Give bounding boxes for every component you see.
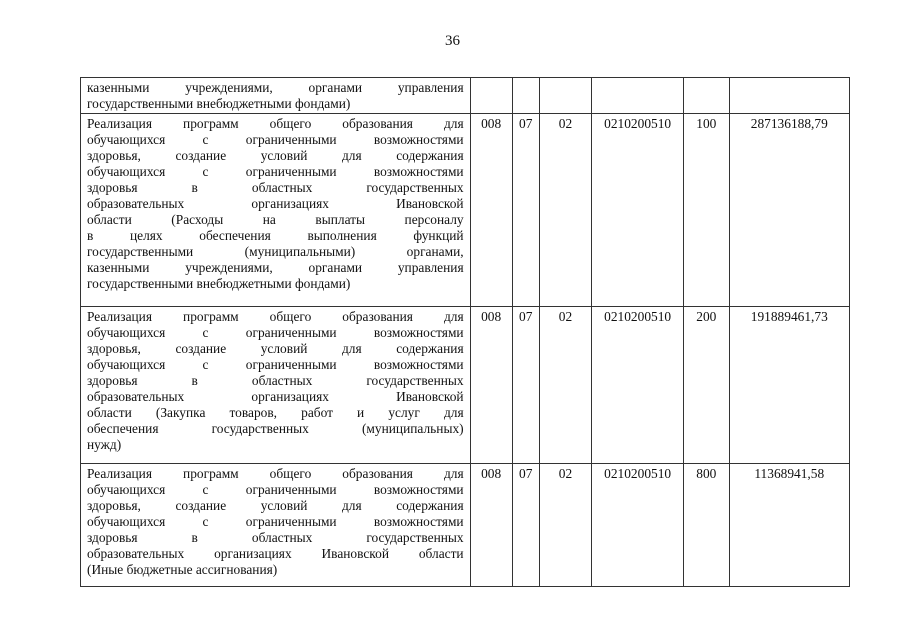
expense-type-code: 100 — [684, 114, 729, 307]
target-article-code: 0210200510 — [592, 307, 684, 464]
description-line: обучающихся с ограниченными возможностям… — [87, 482, 464, 498]
expense-type-code: 800 — [684, 464, 729, 587]
description-line: здоровья в областных государственных — [87, 180, 464, 196]
target-article-code: 0210200510 — [592, 464, 684, 587]
description-line: обучающихся с ограниченными возможностям… — [87, 514, 464, 530]
description-line: области (Расходы на выплаты персоналу — [87, 212, 464, 228]
description-line: обучающихся с ограниченными возможностям… — [87, 164, 464, 180]
description-line: Реализация программ общего образования д… — [87, 116, 464, 132]
description-line: обучающихся с ограниченными возможностям… — [87, 325, 464, 341]
ministry-code: 008 — [470, 114, 512, 307]
table-row: Реализация программ общего образования д… — [81, 307, 850, 464]
amount: 287136188,79 — [729, 114, 849, 307]
description-line: образовательных организациях Ивановской … — [87, 546, 464, 562]
description-line: обеспечения государственных (муниципальн… — [87, 421, 464, 437]
description-line: в целях обеспечения выполнения функций — [87, 228, 464, 244]
table-row: казенными учреждениями, органами управле… — [81, 78, 850, 114]
row-description: казенными учреждениями, органами управле… — [81, 78, 471, 114]
budget-table-body: казенными учреждениями, органами управле… — [81, 78, 850, 587]
description-line: казенными учреждениями, органами управле… — [87, 260, 464, 276]
description-line: здоровья, создание условий для содержани… — [87, 498, 464, 514]
section-code — [512, 78, 539, 114]
subsection-code — [539, 78, 591, 114]
amount — [729, 78, 849, 114]
expense-type-code: 200 — [684, 307, 729, 464]
description-line: образовательных организациях Ивановской — [87, 196, 464, 212]
row-description: Реализация программ общего образования д… — [81, 114, 471, 307]
expense-type-code — [684, 78, 729, 114]
description-line: здоровья в областных государственных — [87, 530, 464, 546]
section-code: 07 — [512, 307, 539, 464]
description-line: нужд) — [87, 437, 464, 453]
section-code: 07 — [512, 464, 539, 587]
target-article-code: 0210200510 — [592, 114, 684, 307]
row-description: Реализация программ общего образования д… — [81, 464, 471, 587]
amount: 191889461,73 — [729, 307, 849, 464]
page-number: 36 — [0, 33, 905, 50]
description-line: здоровья, создание условий для содержани… — [87, 148, 464, 164]
row-description: Реализация программ общего образования д… — [81, 307, 471, 464]
description-line: области (Закупка товаров, работ и услуг … — [87, 405, 464, 421]
ministry-code: 008 — [470, 307, 512, 464]
amount: 11368941,58 — [729, 464, 849, 587]
description-line: государственными (муниципальными) органа… — [87, 244, 464, 260]
description-line: государственными внебюджетными фондами) — [87, 96, 464, 112]
description-line: (Иные бюджетные ассигнования) — [87, 562, 464, 578]
description-line: обучающихся с ограниченными возможностям… — [87, 357, 464, 373]
description-line: Реализация программ общего образования д… — [87, 309, 464, 325]
description-line: обучающихся с ограниченными возможностям… — [87, 132, 464, 148]
description-line: образовательных организациях Ивановской — [87, 389, 464, 405]
description-line: Реализация программ общего образования д… — [87, 466, 464, 482]
section-code: 07 — [512, 114, 539, 307]
subsection-code: 02 — [539, 307, 591, 464]
subsection-code: 02 — [539, 464, 591, 587]
subsection-code: 02 — [539, 114, 591, 307]
table-row: Реализация программ общего образования д… — [81, 464, 850, 587]
table-row: Реализация программ общего образования д… — [81, 114, 850, 307]
ministry-code — [470, 78, 512, 114]
description-line: государственными внебюджетными фондами) — [87, 276, 464, 292]
ministry-code: 008 — [470, 464, 512, 587]
description-line: здоровья в областных государственных — [87, 373, 464, 389]
target-article-code — [592, 78, 684, 114]
budget-table: казенными учреждениями, органами управле… — [80, 77, 850, 587]
description-line: казенными учреждениями, органами управле… — [87, 80, 464, 96]
description-line: здоровья, создание условий для содержани… — [87, 341, 464, 357]
